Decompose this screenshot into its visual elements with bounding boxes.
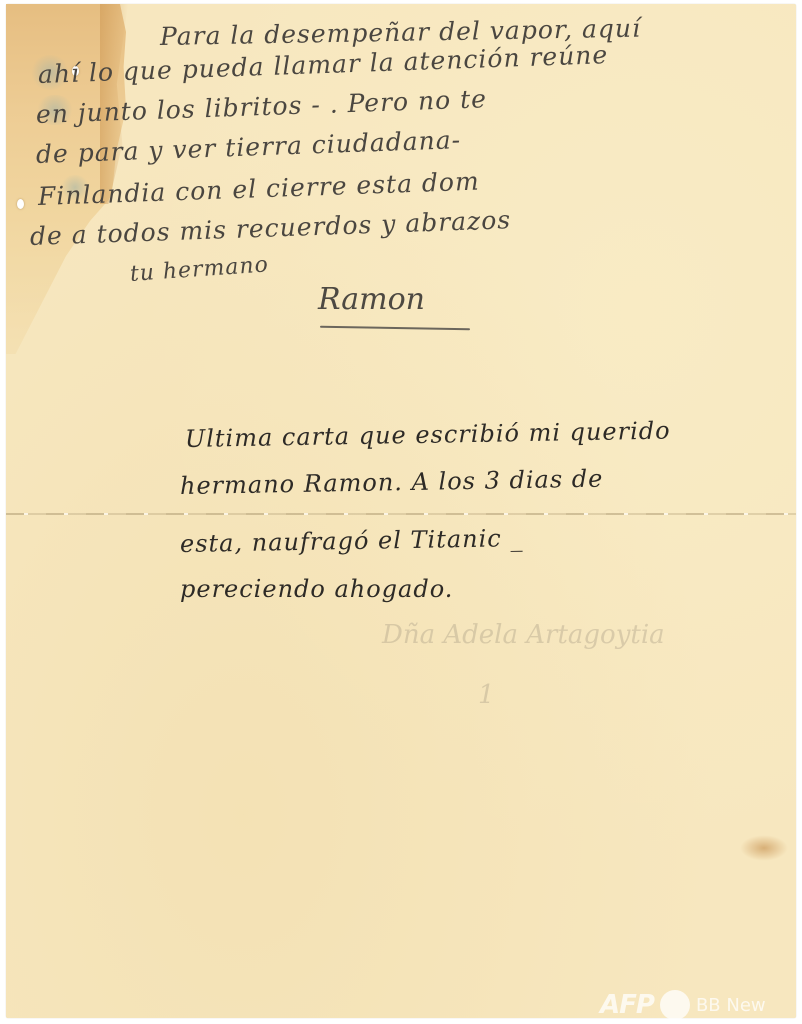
pencil-number: 1 xyxy=(478,680,495,710)
pinhole xyxy=(17,199,24,209)
watermark-partner: BB New xyxy=(696,995,766,1016)
agency-watermark: AFP BB New xyxy=(600,990,766,1020)
watermark-brand: AFP xyxy=(600,990,654,1020)
note-line: esta, naufragó el Titanic _ xyxy=(180,524,524,558)
foxing-spot xyxy=(740,835,788,861)
note-line: pereciendo ahogado. xyxy=(180,575,453,603)
pencil-annotation: Dña Adela Artagoytia xyxy=(382,620,665,650)
watermark-logo-icon xyxy=(660,990,690,1020)
signature: Ramon xyxy=(318,282,425,317)
fold-crease xyxy=(6,513,796,515)
